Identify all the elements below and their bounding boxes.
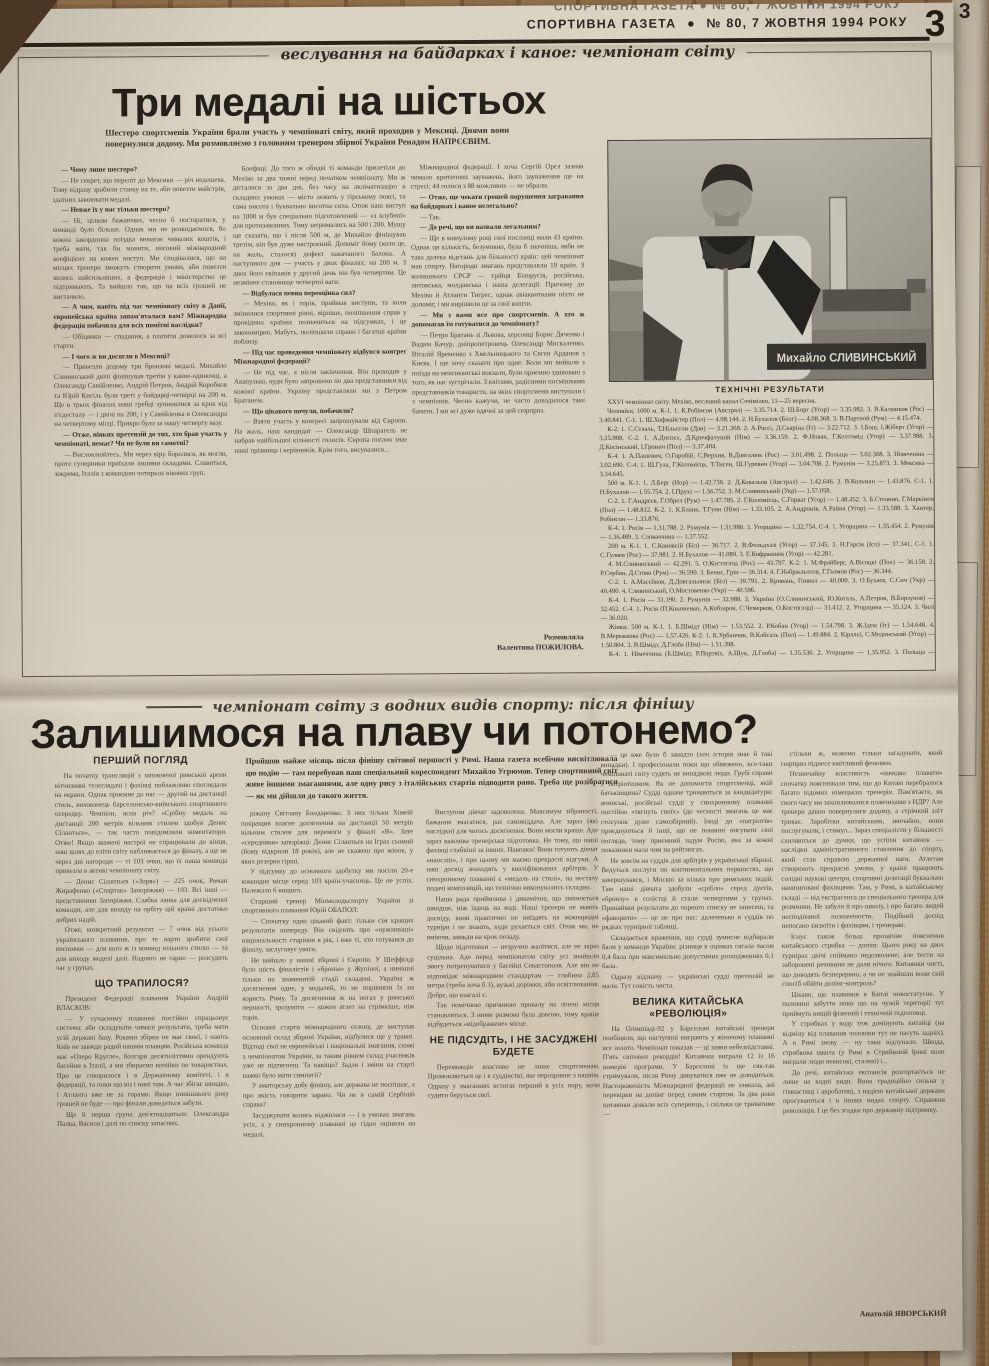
paragraph: У стрибках у воду теж домінують китайці … (782, 1019, 944, 1068)
byline-name: Валентина ПОЖИЛОВА. (497, 642, 584, 652)
paragraph: — Привезли додому три бронзові медалі. М… (54, 362, 227, 430)
paragraph: — Невже їх у нас тільки шестеро? (53, 205, 226, 216)
paragraph: ріжану Світлану Бондаренко. З них тільки… (241, 808, 413, 866)
issue-date: № 80, 7 ЖОВТНЯ 1994 РОКУ (706, 15, 907, 30)
paragraph: — Так. (411, 212, 584, 223)
article1-byline: Розмовляла Валентина ПОЖИЛОВА. (414, 632, 584, 653)
byline-role: Розмовляла (544, 632, 584, 641)
results-line: К-2. 1. С.Стааль, Т.Нільссон (Дан) — 3.2… (599, 423, 933, 452)
results-line: 4. М.Сливинський — 42.291. 5. О.Костогло… (600, 558, 934, 578)
paragraph: — У сучасному плаванні постійно спрацьов… (56, 1013, 229, 1109)
results-line: С-2. 1. А.Масєйков, Д.Довгальонок (Біл) … (600, 576, 934, 596)
article2-lede: Пройшов майже місяць після фінішу світов… (246, 753, 618, 802)
paragraph: Старший тренер Мінмолодьспорту України з… (242, 896, 414, 916)
paragraph: ПЕРШИЙ ПОГЛЯД (55, 755, 227, 768)
article2-column-3: Виступом дівчат задоволена. Максимум зіб… (426, 807, 602, 1342)
paragraph: Бонфаці. До того ж обидві ті команди при… (232, 163, 406, 288)
results-line: К-4. 1. А.Пашевич, О.Горобій, С.Верхня, … (599, 450, 933, 479)
results-line: К-4. 1. Росія — 31.190. 2. Румунія — 32.… (600, 594, 934, 623)
paragraph: Не зовсім на суддів для арбітрів у украї… (601, 855, 774, 932)
paragraph: — А чим, навіть під час чемпіонату світу… (53, 302, 226, 332)
paragraph: Одразу відзначу — українські судді прете… (602, 971, 774, 991)
paragraph: У підсумку до основного здобутку ми посі… (241, 866, 413, 896)
boat (823, 289, 911, 312)
masthead-ghost: СПОРТИВНА ГАЗЕТА ● № 80, 7 ЖОВТНЯ 1994 Р… (554, 3, 901, 14)
article1-frame: веслування на байдарках і каное: чемпіон… (18, 51, 936, 677)
article1-column-2: Бонфаці. До того ж обидві ті команди при… (232, 163, 409, 666)
article1-column-3: Міжнародної федерації. І хоча Сергій Орє… (410, 162, 586, 631)
paragraph: — Петро Братань зі Львова, херсонці Бори… (412, 330, 586, 417)
paragraph: Ще й перша група дев'ятнадцятьох: Олекса… (57, 1109, 229, 1129)
paragraph: Цікаво, що плавання в Китаї новостатусне… (782, 989, 944, 1019)
underlying-page-number: 3 (959, 0, 971, 24)
results-line: К-4. 1. Росія — 1.31.788. 2. Румунія — 1… (600, 522, 934, 542)
results-title: ТЕХНІЧНІ РЕЗУЛЬТАТИ (609, 384, 931, 395)
tower (830, 197, 848, 301)
paragraph: У аматорську добу фінішу, але держава не… (243, 1080, 415, 1110)
results-line: 500 м. К-1. 1. Л.Берг (Нор) — 1.42.736. … (600, 477, 934, 497)
results-line: Чоловіки. 1000 м. К-1. 1. К.Робінсон (Ав… (599, 405, 933, 425)
paragraph: ЩО ТРАПИЛОСЯ? (56, 977, 228, 990)
newspaper-title-ghost: СПОРТИВНА ГАЗЕТА (554, 3, 695, 14)
paragraph: Існує також більш прозаїчне пояснення ки… (782, 931, 944, 989)
article1-column-1: — Чому лише шестеро?— Не секрет, що пере… (52, 165, 229, 668)
paragraph: На Олімпіаді-92 у Барселоні китайські тр… (602, 1023, 775, 1119)
paragraph: Переможців властиво не лише спортсменам.… (428, 1062, 600, 1101)
paragraph: — Ми з вами все про спортсменів. А хто ж… (411, 310, 584, 330)
paragraph: — Не під час, а після закінчення. Він пр… (234, 367, 407, 406)
technical-results: XXVI чемпіонат світу. Мехіко, весловий к… (599, 396, 935, 660)
paragraph: Щодо підготовки — незручно жалітися, але… (427, 942, 599, 1000)
photo-caption: Михайло СЛИВИНСЬКИЙ (777, 351, 917, 365)
paragraph: — Взяти участь у конгресі запрошували ві… (234, 416, 407, 455)
paragraph: Незвичайну властивість «швидко плавати» … (781, 769, 944, 932)
article1-headline: Три медалі на шістьох (49, 78, 609, 127)
article2-column-4: — це вже було б занадто (хоч історія зна… (600, 750, 776, 1311)
paragraph: — До речі, що ви назвали легальним? (411, 222, 584, 233)
paragraph: Так помічною причиною провалу на лічені … (427, 1000, 599, 1030)
paragraph: Засуджувати колись віджилася — і в умова… (243, 1110, 415, 1140)
results-line: С-2. 1. Г.Андрєєв, Г.Обрел (Рум) — 1.47.… (600, 495, 934, 524)
paragraph: — Отже, ніяких претензій до тих, хто бра… (54, 429, 227, 449)
paragraph: Міжнародної федерації. І хоча Сергій Орє… (410, 162, 583, 192)
paragraph: — Не секрет, що переліт до Мексики — річ… (52, 175, 225, 205)
paragraph: — І чого ж ви досягли в Мексиці? (54, 351, 227, 362)
paragraph: — Ні, цілком бажаючих, чесно б постарати… (53, 215, 227, 302)
article2-column-2: ріжану Світлану Бондаренко. З них тільки… (241, 808, 417, 1343)
paragraph: Основні старти міжнародного сезону, де в… (242, 1022, 414, 1080)
paragraph: На початку трансляцій з заповненої римсь… (55, 771, 228, 877)
article2-column-5: стільки ж, можемо тільки загадувати, яки… (780, 749, 946, 1304)
newspaper-title: СПОРТИВНА ГАЗЕТА (527, 17, 677, 32)
masthead-separator: ● (681, 16, 702, 30)
issue-date-ghost: № 80, 7 ЖОВТНЯ 1994 РОКУ (712, 3, 901, 13)
paragraph: — Чому лише шестеро? (52, 165, 225, 176)
article1-lede: Шестеро спортсменів України брали участь… (105, 125, 509, 150)
paragraph: стільки ж, можемо тільки загадувати, яки… (780, 749, 942, 769)
article1-kicker: веслування на байдарках і каное: чемпіон… (269, 42, 747, 63)
masthead: СПОРТИВНА ГАЗЕТА ● № 80, 7 ЖОВТНЯ 1994 Р… (527, 15, 908, 32)
paragraph: — Ще в минулому році свої посланці мали … (411, 233, 585, 310)
results-line: 200 м. К-1. 1. С.Кановсій (Біл) — 36.717… (600, 540, 934, 560)
paragraph: — Обіцянки — спадання, а платити довелос… (54, 331, 227, 351)
paragraph: — це вже було б занадто (хоч історія зна… (600, 750, 773, 856)
paragraph: — Денис Сілантьєв («Зоря») — 225 очок, Р… (55, 876, 227, 925)
paragraph: До речі, китайська експансія розгортаєть… (783, 1067, 945, 1116)
kicker-dash (146, 706, 202, 708)
paragraph: НЕ ПІДСУДІТЬ, І НЕ ЗАСУДЖЕНІ БУДЕТЕ (427, 1034, 599, 1059)
athlete-photo-art: Михайло СЛИВИНСЬКИЙ (608, 139, 932, 381)
paragraph: — Висловлюйтесь. Ми через віру боролися,… (54, 449, 227, 479)
underlying-page-box (953, 166, 982, 468)
scanned-newspaper-photo: { "masthead": { "title": "СПОРТИВНА ГАЗЕ… (0, 0, 989, 1366)
paragraph: Виступом дівчат задоволена. Максимум зіб… (426, 807, 599, 894)
results-line: Жінки. 500 м. К-1. 1. Б.Шмідт (Нім) — 1.… (601, 621, 935, 650)
paragraph: — Спочатку один цікавий факт: тільки сім… (242, 916, 414, 955)
results-line: К-4. 1. Німеччина (Б.Шмідт, Р.Портвіх, А… (601, 648, 935, 660)
athlete-photo: Михайло СЛИВИНСЬКИЙ (607, 138, 933, 382)
paragraph: Не вийшло у нашої збірної і Європи. У Ше… (242, 955, 414, 1023)
masthead-separator: ● (699, 3, 707, 13)
paragraph: — Під час проведення чемпіонату відбувся… (234, 347, 407, 367)
article2-byline: Анатолій ЯВОРСЬКИЙ (784, 1309, 946, 1320)
newspaper-page: СПОРТИВНА ГАЗЕТА ● № 80, 7 ЖОВТНЯ 1994 Р… (0, 3, 963, 1358)
paragraph: — Відбулася певна переоцінка сил? (233, 288, 406, 299)
paragraph: Президент Федерації плавання України Анд… (56, 993, 228, 1013)
paragraph: Наша рада приймлива і динамічна, що змін… (426, 894, 598, 943)
paragraph: Отже, конкретний результат — 7 очок від … (56, 925, 228, 974)
paragraph: — Отже, ще чекати грошей порушення загра… (411, 192, 584, 212)
paragraph: — Мехіко, як і торік, приймав виступи, т… (233, 298, 406, 347)
article2-column-1: ПЕРШИЙ ПОГЛЯДНа початку трансляцій з зап… (54, 750, 230, 1345)
paragraph: ВЕЛИКА КИТАЙСЬКА «РЕВОЛЮЦІЯ» (602, 995, 774, 1020)
paragraph: Складається враження, що судді зумисне в… (602, 932, 774, 971)
paragraph: — Що цікавого почули, побачили? (234, 406, 407, 417)
